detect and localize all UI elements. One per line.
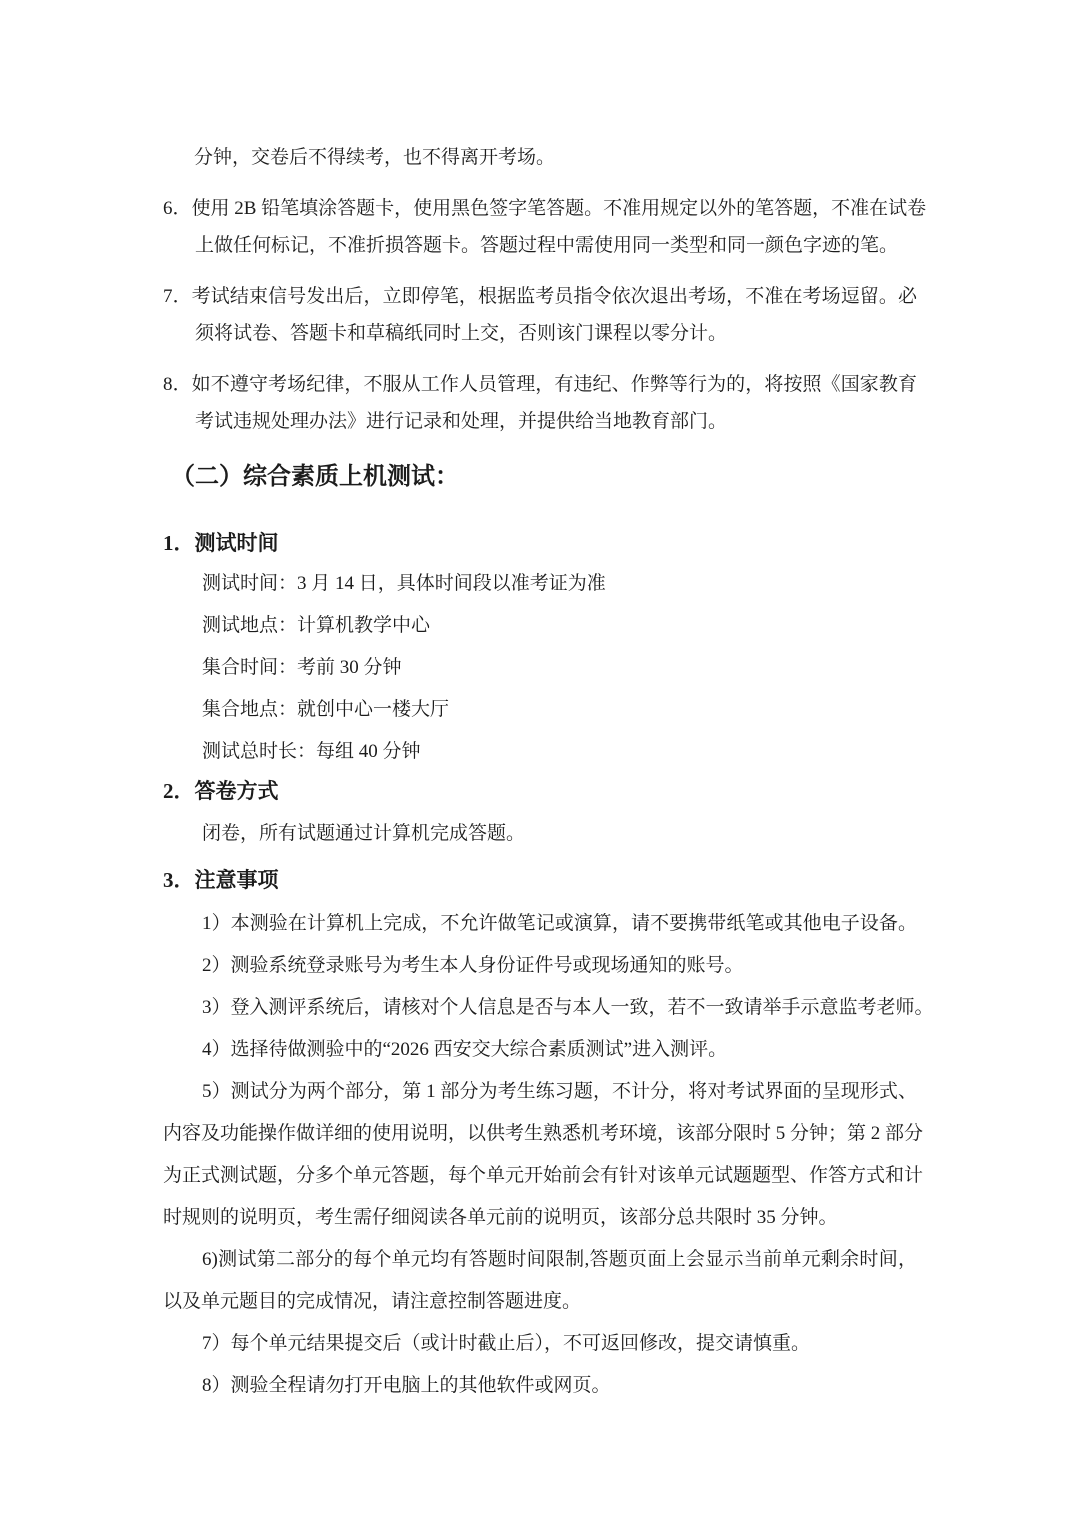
subsection-heading-answer-method: 2．答卷方式 <box>163 775 917 807</box>
note-line: 以及单元题目的完成情况，请注意控制答题进度。 <box>163 1281 917 1323</box>
note-line: 2）测验系统登录账号为考生本人身份证件号或现场通知的账号。 <box>163 945 917 987</box>
test-time-details: 测试时间：3 月 14 日，具体时间段以准考证为准 测试地点：计算机教学中心 集… <box>163 563 917 773</box>
subsection-heading-notes: 3．注意事项 <box>163 864 917 896</box>
note-line: 时规则的说明页，考生需仔细阅读各单元前的说明页，该部分总共限时 35 分钟。 <box>163 1197 917 1239</box>
rule-item-8: 8．如不遵守考场纪律，不服从工作人员管理，有违纪、作弊等行为的，将按照《国家教育… <box>163 366 917 440</box>
note-line: 为正式测试题，分多个单元答题，每个单元开始前会有针对该单元试题题型、作答方式和计 <box>163 1155 917 1197</box>
text-line: 考试违规处理办法》进行记录和处理，并提供给当地教育部门。 <box>163 403 917 440</box>
text-line: 分钟，交卷后不得续考，也不得离开考场。 <box>163 139 917 176</box>
text-line: 上做任何标记，不准折损答题卡。答题过程中需使用同一类型和同一颜色字迹的笔。 <box>163 227 917 264</box>
detail-line-closed-book: 闭卷，所有试题通过计算机完成答题。 <box>163 813 917 855</box>
notes-list: 1）本测验在计算机上完成，不允许做笔记或演算，请不要携带纸笔或其他电子设备。 2… <box>163 903 917 1407</box>
note-line: 7）每个单元结果提交后（或计时截止后），不可返回修改，提交请慎重。 <box>163 1323 917 1365</box>
note-line: 8）测验全程请勿打开电脑上的其他软件或网页。 <box>163 1365 917 1407</box>
subsection-heading-test-time: 1．测试时间 <box>163 527 917 559</box>
rule-item-6: 6．使用 2B 铅笔填涂答题卡，使用黑色签字笔答题。不准用规定以外的笔答题，不准… <box>163 190 917 264</box>
text-line: 6．使用 2B 铅笔填涂答题卡，使用黑色签字笔答题。不准用规定以外的笔答题，不准… <box>163 190 917 227</box>
note-line: 3）登入测评系统后，请核对个人信息是否与本人一致，若不一致请举手示意监考老师。 <box>163 987 917 1029</box>
section-title: （二）综合素质上机测试： <box>171 459 917 495</box>
text-line: 7．考试结束信号发出后，立即停笔，根据监考员指令依次退出考场，不准在考场逗留。必 <box>163 278 917 315</box>
detail-line-assembly-time: 集合时间：考前 30 分钟 <box>163 647 917 689</box>
detail-line-test-location: 测试地点：计算机教学中心 <box>163 605 917 647</box>
rule-item-7: 7．考试结束信号发出后，立即停笔，根据监考员指令依次退出考场，不准在考场逗留。必… <box>163 278 917 352</box>
note-line: 1）本测验在计算机上完成，不允许做笔记或演算，请不要携带纸笔或其他电子设备。 <box>163 903 917 945</box>
text-line: 8．如不遵守考场纪律，不服从工作人员管理，有违纪、作弊等行为的，将按照《国家教育 <box>163 366 917 403</box>
document-page: 分钟，交卷后不得续考，也不得离开考场。 6．使用 2B 铅笔填涂答题卡，使用黑色… <box>0 0 1080 1527</box>
document-content: 分钟，交卷后不得续考，也不得离开考场。 6．使用 2B 铅笔填涂答题卡，使用黑色… <box>163 139 917 1407</box>
detail-line-assembly-location: 集合地点：就创中心一楼大厅 <box>163 689 917 731</box>
note-line: 6)测试第二部分的每个单元均有答题时间限制,答题页面上会显示当前单元剩余时间， <box>163 1239 917 1281</box>
note-line: 5）测试分为两个部分，第 1 部分为考生练习题，不计分，将对考试界面的呈现形式、 <box>163 1071 917 1113</box>
text-line: 须将试卷、答题卡和草稿纸同时上交，否则该门课程以零分计。 <box>163 315 917 352</box>
detail-line-test-date: 测试时间：3 月 14 日，具体时间段以准考证为准 <box>163 563 917 605</box>
paragraph-continuation: 分钟，交卷后不得续考，也不得离开考场。 <box>163 139 917 176</box>
note-line: 内容及功能操作做详细的使用说明，以供考生熟悉机考环境，该部分限时 5 分钟；第 … <box>163 1113 917 1155</box>
note-line: 4）选择待做测验中的“2026 西安交大综合素质测试”进入测评。 <box>163 1029 917 1071</box>
answer-method-details: 闭卷，所有试题通过计算机完成答题。 <box>163 813 917 855</box>
detail-line-test-duration: 测试总时长：每组 40 分钟 <box>163 731 917 773</box>
